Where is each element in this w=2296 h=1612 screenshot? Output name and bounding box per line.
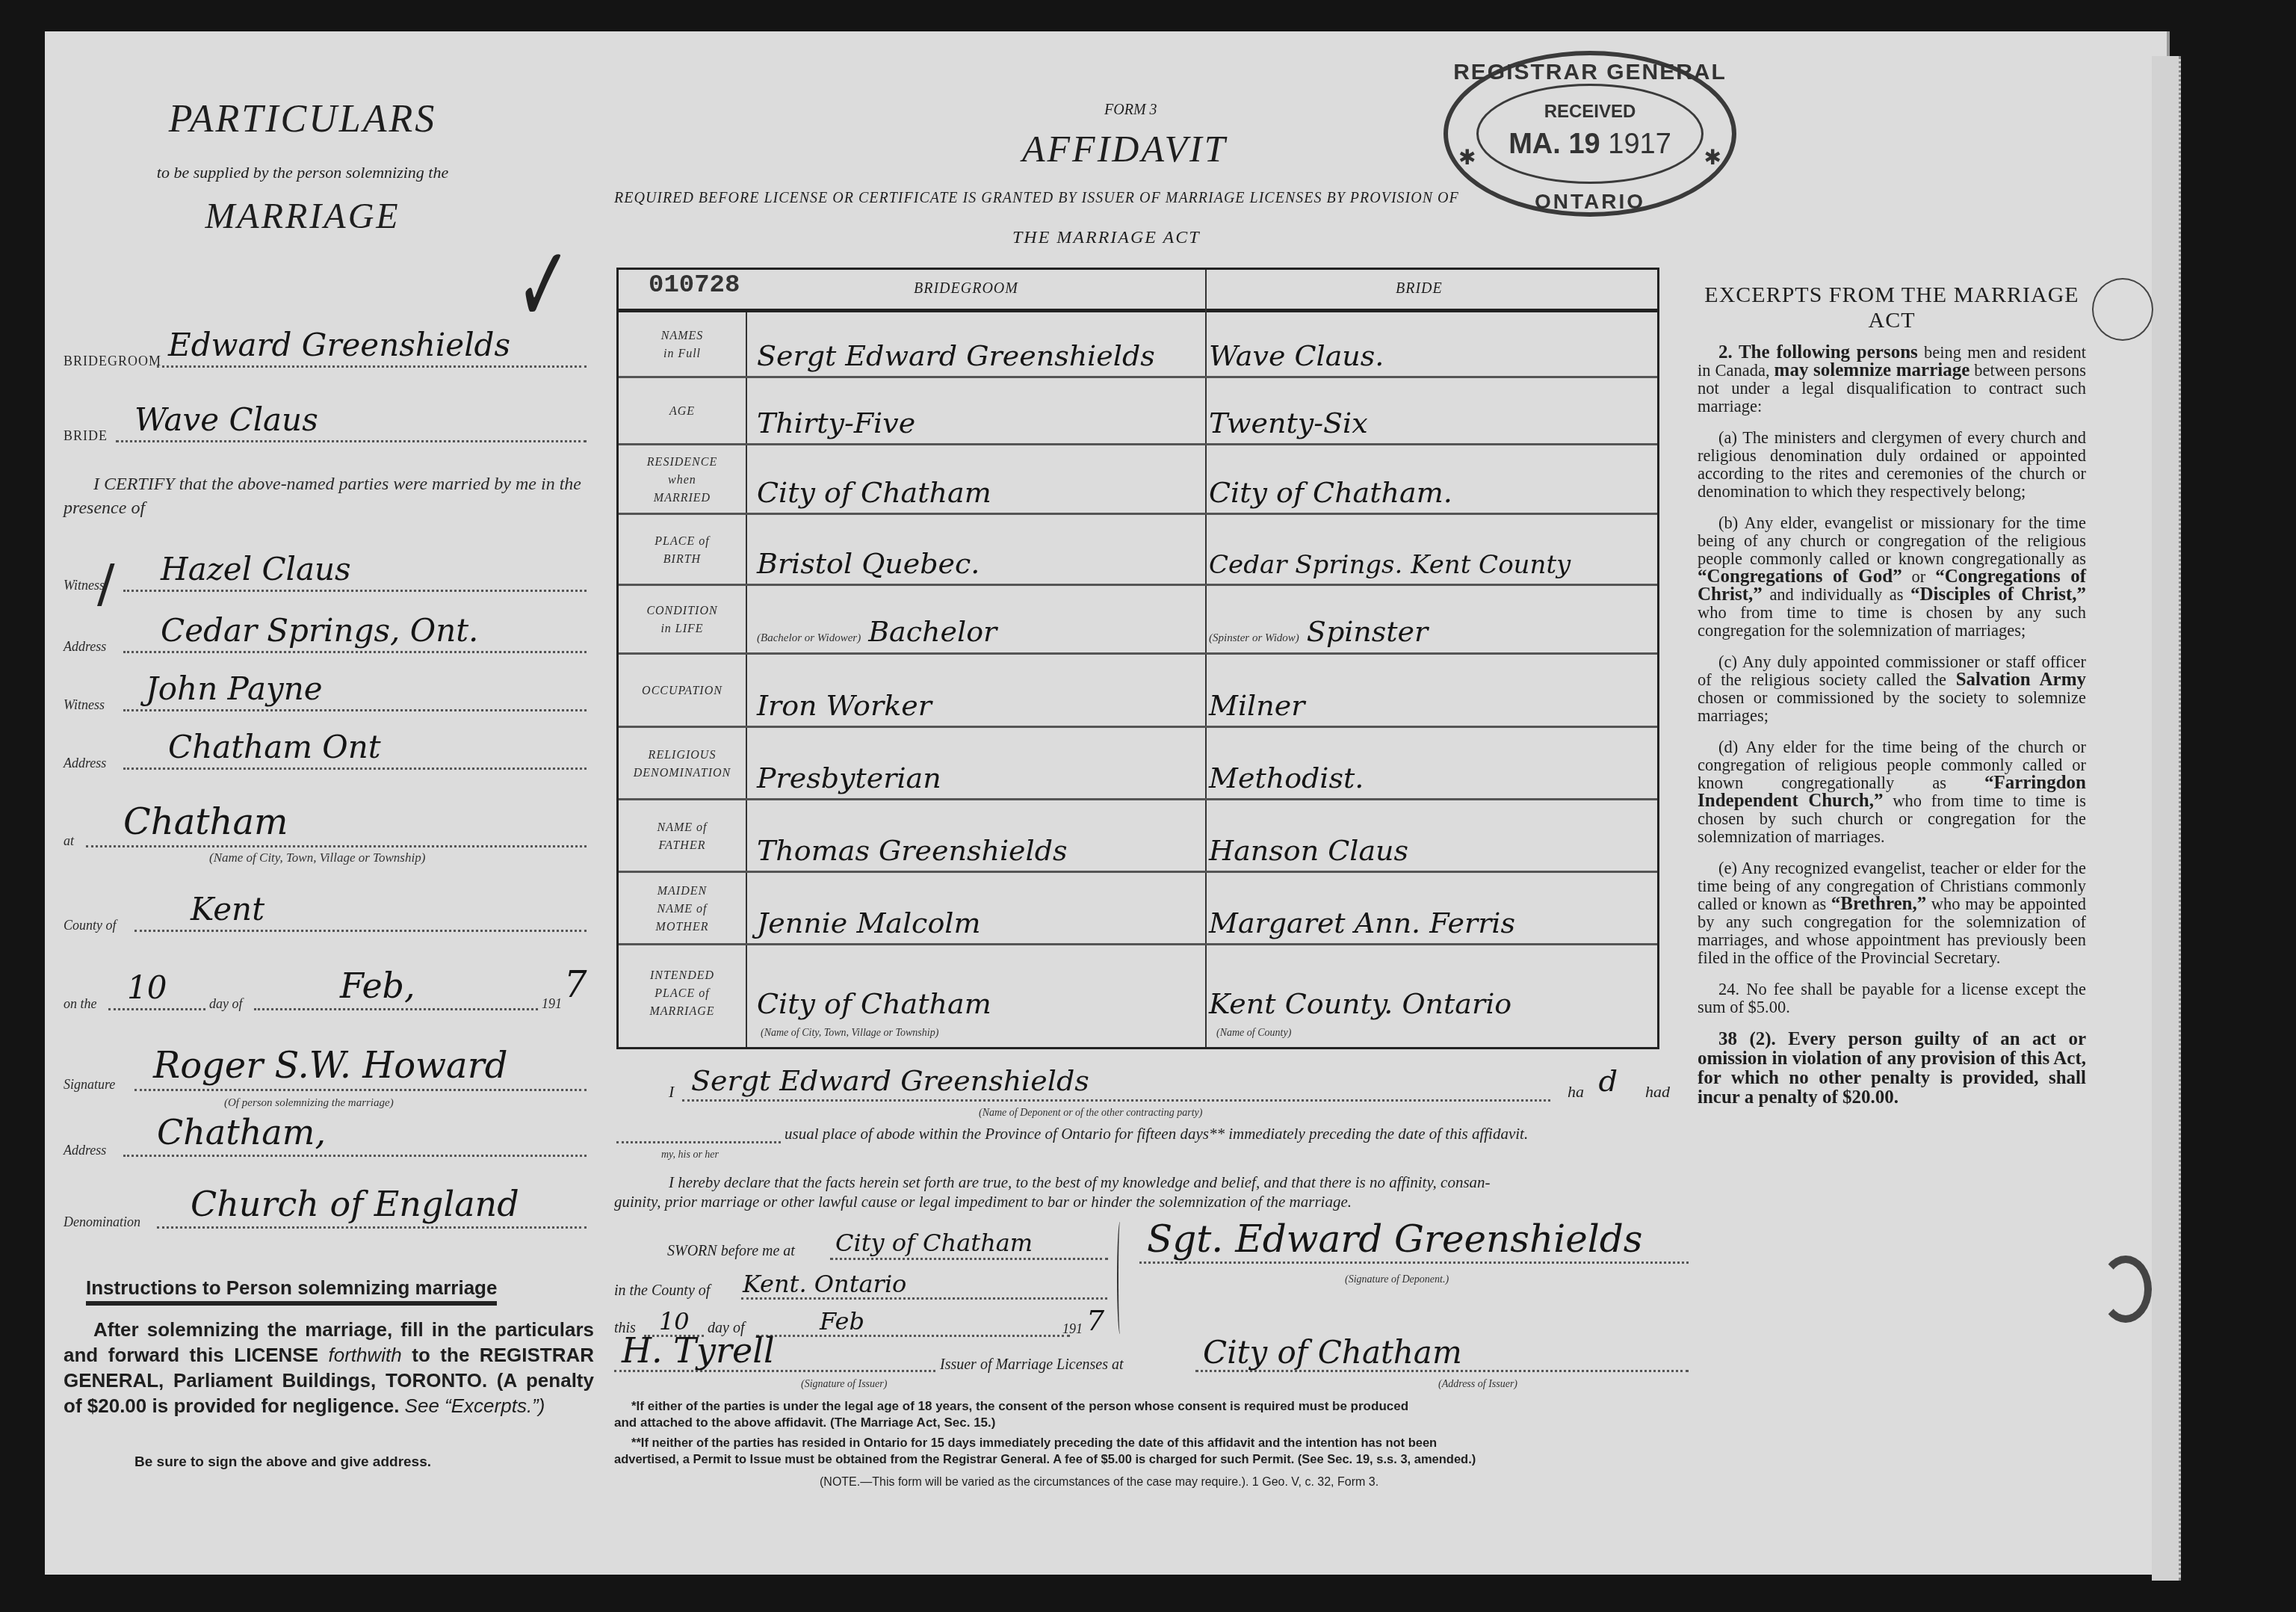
day-of-label: day of: [209, 996, 243, 1012]
col-bridegroom: BRIDEGROOM: [914, 280, 1018, 297]
denomination-label: Denomination: [64, 1214, 140, 1230]
deponent-caption: (Name of Deponent or of the other contra…: [979, 1108, 1202, 1120]
bride-value: Wave Claus: [134, 401, 318, 438]
footnote-1b: and attached to the above affidavit. (Th…: [614, 1415, 995, 1430]
table-row-religion: RELIGIOUS DENOMINATION Presbyterian Meth…: [619, 728, 1657, 800]
excerpt-section-38: 38 (2). Every person guilty of an act or…: [1698, 1030, 2086, 1108]
excerpt-a: (a) The ministers and clergymen of every…: [1698, 429, 2086, 501]
particulars-title: PARTICULARS: [64, 97, 542, 141]
deponent-signature: Sgt. Edward Greenshields: [1147, 1217, 1642, 1261]
marriage-act-title: THE MARRIAGE ACT: [1012, 228, 1201, 248]
groom-residence: City of Chatham: [757, 476, 991, 509]
punch-hole: [2099, 1256, 2152, 1323]
witness2-field: Witness John Payne: [64, 673, 587, 717]
table-row-residence: RESIDENCE when MARRIED City of Chatham C…: [619, 445, 1657, 515]
declaration-line-1: I hereby declare that the facts herein s…: [669, 1173, 1491, 1192]
bride-name: Wave Claus.: [1209, 339, 1384, 372]
certify-text: I CERTIFY that the above-named parties w…: [64, 472, 587, 520]
excerpts-body: 2. The following persons being men and r…: [1698, 344, 2086, 1121]
deponent-field: I Sergt Edward Greenshields ha d had: [669, 1061, 1670, 1106]
deponent-signature-field: Sgt. Edward Greenshields: [1139, 1211, 1689, 1267]
stamp-date: MA. 19 1917: [1448, 129, 1732, 161]
stamp-received: RECEIVED: [1448, 102, 1732, 123]
excerpt-section-24: 24. No fee shall be payable for a licens…: [1698, 981, 2086, 1016]
checkmark-icon: /: [97, 553, 115, 614]
form-number: FORM 3: [1104, 102, 1157, 119]
table-row-age: AGE Thirty-Five Twenty-Six: [619, 378, 1657, 445]
issuer-address-caption: (Address of Issuer): [1438, 1379, 1517, 1391]
issuer-signature-caption: (Signature of Issuer): [801, 1379, 887, 1391]
marriage-month-value: Feb,: [340, 966, 415, 1006]
table-row-names: NAMES in Full Sergt Edward Greenshields …: [619, 312, 1657, 378]
deponent-name: Sergt Edward Greenshields: [691, 1064, 1089, 1097]
address1-value: Cedar Springs, Ont.: [161, 612, 478, 649]
excerpt-d: (d) Any elder for the time being of the …: [1698, 738, 2086, 846]
at-label: at: [64, 833, 74, 849]
address1-field: Address Cedar Springs, Ont.: [64, 614, 587, 659]
on-the-label: on the: [64, 996, 97, 1012]
witness1-field: Witness Hazel Claus: [64, 553, 587, 598]
groom-birthplace: Bristol Quebec.: [757, 547, 980, 580]
bride-residence: City of Chatham.: [1209, 476, 1452, 509]
issuer-address-field: City of Chatham: [1195, 1327, 1689, 1375]
bridegroom-field: BRIDEGROOM Edward Greenshields: [64, 329, 587, 374]
bride-occupation: Milner: [1209, 689, 1305, 722]
marriage-day-value: 10: [127, 969, 167, 1006]
denomination-value: Church of England: [191, 1184, 519, 1224]
table-row-birthplace: PLACE of BIRTH Bristol Quebec. Cedar Spr…: [619, 515, 1657, 586]
county-label: County of: [64, 918, 117, 933]
year-prefix: 191: [542, 996, 562, 1012]
had-value: d: [1598, 1064, 1618, 1099]
footnote-2b: advertised, a Permit to Issue must be ob…: [614, 1453, 1476, 1467]
officiant-signature-field: Signature Roger S.W. Howard: [64, 1052, 587, 1097]
groom-occupation: Iron Worker: [757, 689, 932, 722]
groom-condition: Bachelor: [868, 615, 997, 648]
punch-hole: [2092, 278, 2153, 341]
officiant-address-field: Address Chatham,: [64, 1118, 587, 1163]
sworn-year-value: 7: [1086, 1304, 1104, 1337]
issuer-signature-field: H. Tyrell: [614, 1327, 935, 1375]
bride-label: BRIDE: [64, 428, 108, 444]
table-row-occupation: OCCUPATION Iron Worker Milner: [619, 655, 1657, 728]
stamp-top-text: REGISTRAR GENERAL: [1448, 60, 1732, 85]
groom-name: Sergt Edward Greenshields: [757, 339, 1155, 372]
particulars-table: 010728 BRIDEGROOM BRIDE NAMES in Full Se…: [616, 268, 1659, 1049]
instructions-title: Instructions to Person solemnizing marri…: [86, 1276, 497, 1306]
brace: [1117, 1222, 1123, 1334]
sworn-at-value: City of Chatham: [835, 1229, 1033, 1257]
officiant-signature-value: Roger S.W. Howard: [153, 1045, 507, 1087]
excerpt-section-2: 2. The following persons being men and r…: [1698, 344, 2086, 416]
bride-birthplace: Cedar Springs. Kent County: [1209, 550, 1571, 580]
sworn-county-value: Kent. Ontario: [743, 1270, 906, 1298]
issuer-label: Issuer of Marriage Licenses at: [940, 1356, 1124, 1374]
bride-mother: Margaret Ann. Ferris: [1209, 907, 1515, 939]
bride-religion: Methodist.: [1209, 762, 1364, 794]
groom-religion: Presbyterian: [757, 762, 941, 794]
bridegroom-label: BRIDEGROOM: [64, 353, 161, 369]
signature-caption: (Of person solemnizing the marriage): [224, 1097, 394, 1110]
footnote-3: (NOTE.—This form will be varied as the c…: [820, 1476, 1378, 1489]
table-row-father: NAME of FATHER Thomas Greenshields Hanso…: [619, 800, 1657, 873]
excerpt-e: (e) Any recognized evangelist, teacher o…: [1698, 859, 2086, 967]
groom-intended-place: City of Chatham: [757, 987, 991, 1020]
excerpt-b: (b) Any elder, evangelist or missionary …: [1698, 514, 2086, 640]
bride-intended-place: Kent County. Ontario: [1209, 987, 1511, 1020]
witness2-value: John Payne: [146, 670, 323, 707]
registrar-received-stamp: REGISTRAR GENERAL RECEIVED MA. 19 1917 ✱…: [1443, 51, 1736, 217]
address2-label: Address: [64, 756, 106, 771]
groom-mother: Jennie Malcolm: [757, 907, 980, 939]
county-field: County of Kent: [64, 893, 587, 938]
declaration-line-2: guinity, prior marriage or other lawful …: [614, 1193, 1352, 1211]
excerpts-title: EXCERPTS FROM THE MARRIAGE ACT: [1698, 282, 2086, 333]
table-header: 010728 BRIDEGROOM BRIDE: [619, 270, 1657, 312]
footnote-1a: *If either of the parties is under the l…: [631, 1399, 1408, 1414]
star-icon: ✱: [1458, 145, 1476, 170]
place-value: Chatham: [123, 801, 288, 843]
address1-label: Address: [64, 639, 106, 655]
marriage-date-field: on the 10 day of Feb, 191 7: [64, 972, 587, 1016]
address2-value: Chatham Ont: [168, 729, 381, 765]
instructions-body: After solemnizing the marriage, fill in …: [64, 1317, 594, 1418]
abode-text: usual place of abode within the Province…: [785, 1125, 1528, 1143]
marriage-year-value: 7: [564, 964, 587, 1006]
excerpt-c: (c) Any duly appointed commissioner or s…: [1698, 653, 2086, 725]
deponent-signature-caption: (Signature of Deponent.): [1345, 1274, 1449, 1286]
stamp-bottom-text: ONTARIO: [1448, 190, 1732, 214]
bridegroom-value: Edward Greenshields: [168, 327, 510, 363]
serial-number: 010728: [649, 271, 740, 300]
required-line: REQUIRED BEFORE LICENSE OR CERTIFICATE I…: [614, 190, 1459, 207]
sworn-county-field: in the County of Kent. Ontario: [614, 1267, 1107, 1304]
sworn-at-field: SWORN before me at City of Chatham: [667, 1226, 1108, 1264]
footnote-2a: **If neither of the parties has resided …: [631, 1436, 1437, 1451]
witness2-label: Witness: [64, 697, 105, 713]
officiant-address-value: Chatham,: [157, 1112, 326, 1152]
table-row-mother: MAIDEN NAME of MOTHER Jennie Malcolm Mar…: [619, 873, 1657, 945]
groom-father: Thomas Greenshields: [757, 834, 1068, 867]
col-bride: BRIDE: [1396, 280, 1443, 297]
checkmark-icon: ✓: [516, 223, 572, 349]
bride-condition: Spinster: [1307, 615, 1428, 648]
abode-caption: my, his or her: [661, 1149, 719, 1161]
place-caption: (Name of City, Town, Village or Township…: [209, 850, 425, 865]
denomination-field: Denomination Church of England: [64, 1190, 587, 1235]
place-field: at Chatham: [64, 809, 587, 853]
groom-age: Thirty-Five: [757, 407, 915, 439]
address2-field: Address Chatham Ont: [64, 731, 587, 776]
witness1-value: Hazel Claus: [161, 551, 351, 587]
marriage-title: MARRIAGE: [64, 196, 542, 237]
signature-label: Signature: [64, 1077, 115, 1093]
instructions-note: Be sure to sign the above and give addre…: [134, 1454, 431, 1471]
bride-father: Hanson Claus: [1209, 834, 1408, 867]
particulars-subtitle: to be supplied by the person solemnizing…: [64, 163, 542, 182]
page-edge: [2152, 56, 2181, 1581]
issuer-address: City of Chatham: [1203, 1334, 1462, 1371]
officiant-address-label: Address: [64, 1143, 106, 1158]
star-icon: ✱: [1704, 145, 1721, 170]
table-row-intended-place: INTENDED PLACE of MARRIAGE City of Chath…: [619, 945, 1657, 1043]
table-row-condition: CONDITION in LIFE (Bachelor or Widower)B…: [619, 586, 1657, 655]
county-value: Kent: [191, 891, 264, 927]
bride-field: BRIDE Wave Claus: [64, 404, 587, 448]
bride-age: Twenty-Six: [1209, 407, 1368, 439]
issuer-signature: H. Tyrell: [622, 1330, 775, 1371]
affidavit-title: AFFIDAVIT: [1022, 127, 1227, 170]
